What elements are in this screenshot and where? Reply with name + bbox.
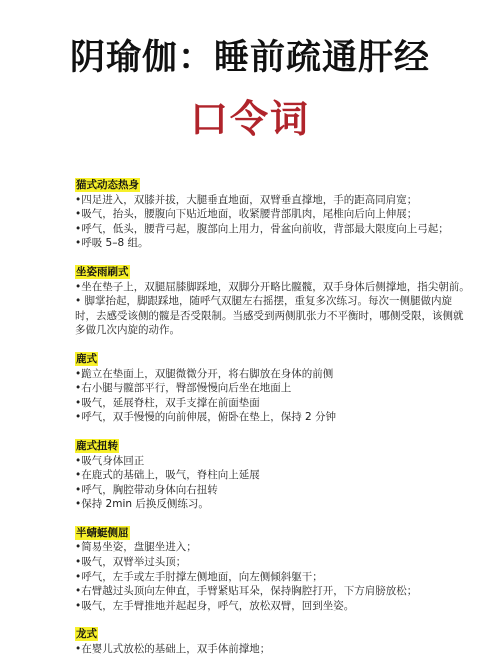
instruction-line: •跪立在垫面上，双腿微微分开，将右脚放在身体的前侧 xyxy=(75,367,470,382)
section-title: 坐姿雨刷式 xyxy=(75,265,130,279)
section-deer-pose: 鹿式 •跪立在垫面上，双腿微微分开，将右脚放在身体的前侧 •右小腿与髋部平行，臀… xyxy=(75,352,470,425)
instruction-line: •坐在垫子上，双腿屈膝脚踩地，双脚分开略比髋髋，双手身体后侧撑地，指尖朝前。 xyxy=(75,280,470,295)
section-half-dragonfly: 半蜻蜓侧屈 •简易坐姿，盘腿坐进入； •吸气，双臂举过头顶； •呼气，左手或左手… xyxy=(75,526,470,614)
section-title: 龙式 xyxy=(75,627,98,641)
section-seated-wiper: 坐姿雨刷式 •坐在垫子上，双腿屈膝脚踩地，双脚分开略比髋髋，双手身体后侧撑地，指… xyxy=(75,265,470,338)
instruction-line: •呼气，低头，腰背弓起，腹部向上用力，骨盆向前收，背部最大限度向上弓起； xyxy=(75,222,470,237)
instruction-line: •吸气，延展脊柱，双手支撑在前面垫面 xyxy=(75,396,470,411)
instruction-line: • 脚掌抬起，脚跟踩地，随呼气双腿左右摇摆，重复多次练习。每次一侧腿做内旋时，去… xyxy=(75,294,470,338)
page-subtitle: 口令词 xyxy=(0,96,500,142)
instruction-line: •四足进入，双膝并拔，大腿垂直地面，双臂垂直撑地，手的距高同肩宽； xyxy=(75,193,470,208)
instruction-line: •吸气，双臂举过头顶； xyxy=(75,555,470,570)
page-title: 阴瑜伽：睡前疏通肝经 xyxy=(0,36,500,80)
instruction-line: •吸气，抬头，腰腹向下贴近地面，收紧腰背部肌肉，尾椎向后向上伸展； xyxy=(75,207,470,222)
section-dragon-pose: 龙式 •在婴儿式放松的基础上，双手体前撑地； xyxy=(75,627,470,656)
instruction-line: •吸气身体回正 xyxy=(75,454,470,469)
instruction-line: •右小腿与髋部平行，臀部慢慢向后坐在地面上 xyxy=(75,381,470,396)
section-title: 鹿式扭转 xyxy=(75,439,119,453)
section-title: 半蜻蜓侧屈 xyxy=(75,526,130,540)
instruction-line: •右臂越过头顶向左伸直，手臂紧贴耳朵，保持胸腔打开，下方肩膀放松； xyxy=(75,584,470,599)
instruction-line: •简易坐姿，盘腿坐进入； xyxy=(75,540,470,555)
instruction-line: •呼气，左手或左手肘撑左侧地面，向左侧倾斜躯干； xyxy=(75,570,470,585)
instruction-line: •吸气，左手臂推地并起起身，呼气，放松双臂，回到坐姿。 xyxy=(75,599,470,614)
instructions-content: 猫式动态热身 •四足进入，双膝并拔，大腿垂直地面，双臂垂直撑地，手的距高同肩宽；… xyxy=(75,178,470,668)
instruction-line: •呼吸 5–8 组。 xyxy=(75,236,470,251)
section-deer-twist: 鹿式扭转 •吸气身体回正 •在鹿式的基础上，吸气，脊柱向上延展 •呼气，胸腔带动… xyxy=(75,439,470,512)
instruction-line: •在婴儿式放松的基础上，双手体前撑地； xyxy=(75,642,470,657)
section-cat-warmup: 猫式动态热身 •四足进入，双膝并拔，大腿垂直地面，双臂垂直撑地，手的距高同肩宽；… xyxy=(75,178,470,251)
section-title: 鹿式 xyxy=(75,352,98,366)
instruction-line: •保持 2min 后换反侧练习。 xyxy=(75,497,470,512)
instruction-line: •呼气，胸腔带动身体向右扭转 xyxy=(75,483,470,498)
section-title: 猫式动态热身 xyxy=(75,178,140,192)
instruction-line: •在鹿式的基础上，吸气，脊柱向上延展 xyxy=(75,468,470,483)
instruction-line: •呼气，双手慢慢的向前伸展，俯卧在垫上，保持 2 分钟 xyxy=(75,410,470,425)
